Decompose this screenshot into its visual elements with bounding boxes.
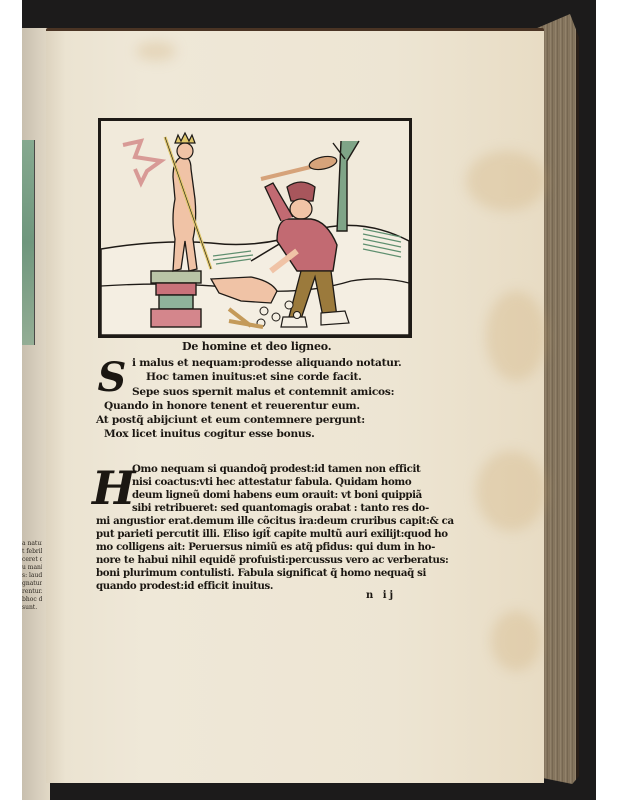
left-page-text-fragment: a natura t febrili ceret quotie u manibu… (22, 540, 42, 652)
verse-line: Hoc tamen inuitus:et sine corde facit. (92, 370, 412, 384)
margin-line: t febrili (22, 548, 42, 556)
verse-line: At postq̃ abijciunt et eum contemnere pe… (92, 413, 412, 427)
prose-line: mi angustior erat.demum ille cõcitus ira… (92, 515, 412, 528)
margin-line: u manibus (22, 564, 42, 572)
foxing-stain (466, 151, 546, 211)
margin-line: sunt. (22, 604, 42, 612)
foxing-stain (476, 451, 546, 531)
prose-line: nore te habui nihil equidẽ profuisti:per… (92, 554, 412, 567)
woodcut-illustration (98, 118, 412, 338)
margin-line: bhoc datur (22, 596, 42, 604)
verse-line: i malus et nequam:prodesse aliquando not… (92, 356, 412, 370)
prose-line: Omo nequam si quandoq̃ prodest:id tamen … (92, 463, 412, 476)
margin-line: ceret quotie (22, 556, 42, 564)
left-page-illustration-fragment (22, 140, 35, 345)
prose-line: put parieti percutit illi. Eliso igit̃ c… (92, 528, 412, 541)
page-signature: n ij (366, 590, 396, 601)
prose-line: boni plurimum contulisti. Fabula signifi… (92, 567, 412, 580)
prose-block: Omo nequam si quandoq̃ prodest:id tamen … (92, 463, 412, 593)
verse-line: Mox licet inuitus cogitur esse bonus. (92, 427, 412, 441)
prose-line: mo colligens ait: Peruersus nimiũ es atq… (92, 541, 412, 554)
verse-line: Sepe suos spernit malus et contemnit ami… (92, 385, 412, 399)
foxing-stain (486, 291, 546, 381)
margin-line: a natura (22, 540, 42, 548)
margin-line: gnatur eius (22, 580, 42, 588)
foxing-stain (136, 41, 176, 61)
fable-title: De homine et deo ligneo. (182, 340, 331, 353)
prose-line: quando prodest:id efficit inuitus. (92, 580, 412, 593)
prose-line: sibi retribueret: sed quantomagis orabat… (92, 502, 412, 515)
margin-line: s: laudis (22, 572, 42, 580)
margin-line: rentur. (22, 588, 42, 596)
foxing-stain (491, 611, 541, 671)
prose-line: nisi coactus:vti hec attestatur fabula. … (92, 476, 412, 489)
woodcut-scene (101, 121, 409, 335)
prose-line: deum ligneũ domi habens eum orauit: vt b… (92, 489, 412, 502)
verse-line: Quando in honore tenent et reuerentur eu… (92, 399, 412, 413)
verse-block: i malus et nequam:prodesse aliquando not… (92, 356, 412, 442)
